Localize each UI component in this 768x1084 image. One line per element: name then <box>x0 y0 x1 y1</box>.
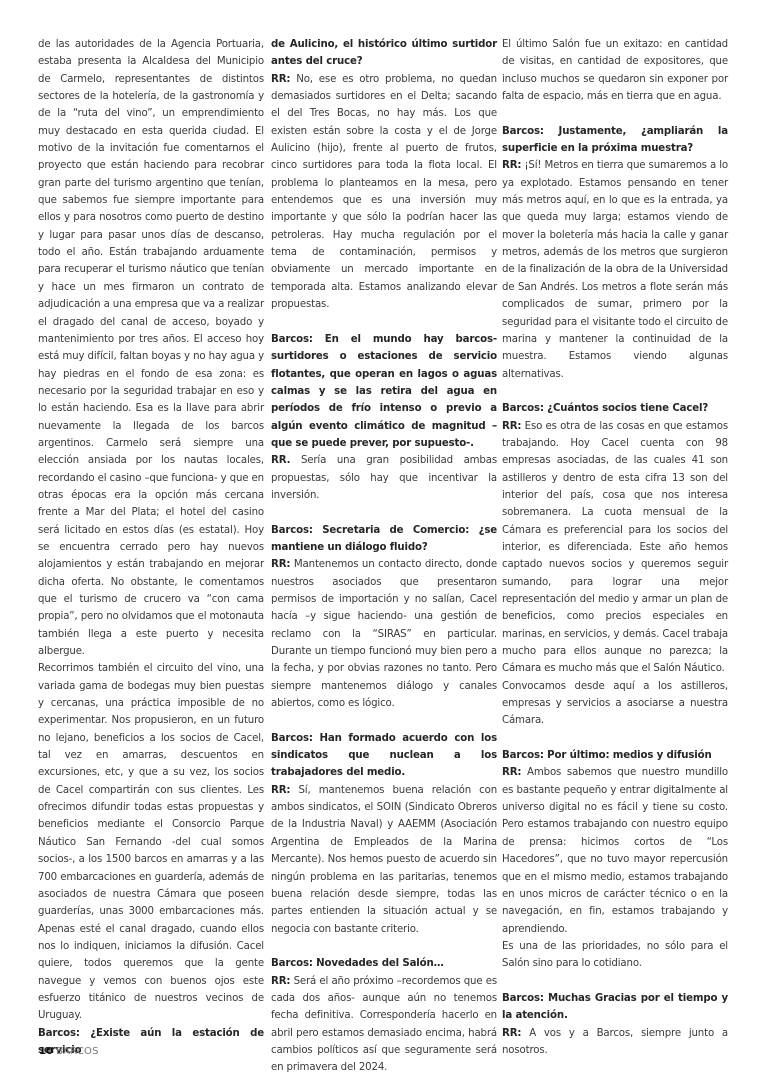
spacer <box>502 730 728 747</box>
answer-text: Sería una gran posibilidad ambas propues… <box>271 455 497 501</box>
answer-label: RR: <box>271 559 290 570</box>
spacer <box>502 383 728 400</box>
answer-label: RR: <box>271 976 290 987</box>
spacer <box>502 105 728 122</box>
answer-label: RR: <box>271 74 290 85</box>
paragraph: Es una de las prioridades, no sólo para … <box>502 938 728 973</box>
answer-label: RR: <box>502 767 521 778</box>
answer-paragraph: RR: Ambos sabemos que nuestro mundillo e… <box>502 764 728 937</box>
answer-paragraph: RR: A vos y a Barcos, siempre junto a no… <box>502 1025 728 1060</box>
answer-text: A vos y a Barcos, siempre junto a nosotr… <box>502 1028 728 1056</box>
answer-text: ¡Sí! Metros en tierra que sumaremos a lo… <box>502 160 728 379</box>
answer-paragraph: RR: ¡Sí! Metros en tierra que sumaremos … <box>502 157 728 382</box>
answer-paragraph: RR: Mantenemos un contacto directo, dond… <box>271 556 497 712</box>
spacer <box>502 973 728 990</box>
answer-text: Sí, mantenemos buena relación con ambos … <box>271 785 497 935</box>
answer-label: RR. <box>271 455 290 466</box>
question-heading: de Aulicino, el histórico último surtido… <box>271 36 497 71</box>
question-heading: Barcos: Han formado acuerdo con los sind… <box>271 730 497 782</box>
answer-label: RR: <box>502 1028 521 1039</box>
answer-paragraph: RR: Sí, mantenemos buena relación con am… <box>271 782 497 938</box>
magazine-page: de las autoridades de la Agencia Portuar… <box>0 0 768 1084</box>
question-heading: Barcos: ¿Cuántos socios tiene Cacel? <box>502 400 728 417</box>
article-column-2: de Aulicino, el histórico último surtido… <box>271 36 497 1077</box>
page-footer: 10 BARCOS <box>39 1046 99 1057</box>
question-heading: Barcos: En el mundo hay barcos-surtidore… <box>271 331 497 452</box>
paragraph: El último Salón fue un exitazo: en canti… <box>502 36 728 105</box>
question-heading: Barcos: Muchas Gracias por el tiempo y l… <box>502 990 728 1025</box>
question-heading: Barcos: Novedades del Salón… <box>271 955 497 972</box>
answer-text: Será el año próximo –recordemos que es c… <box>271 976 497 1074</box>
spacer <box>271 504 497 521</box>
answer-text: Ambos sabemos que nuestro mundillo es ba… <box>502 767 728 934</box>
magazine-name: BARCOS <box>56 1046 99 1057</box>
answer-paragraph: RR: No, ese es otro problema, no quedan … <box>271 71 497 314</box>
answer-paragraph: RR: Eso es otra de las cosas en que esta… <box>502 418 728 678</box>
answer-label: RR: <box>502 160 521 171</box>
answer-text: No, ese es otro problema, no quedan dema… <box>271 74 497 310</box>
answer-text: Mantenemos un contacto directo, donde nu… <box>271 559 497 709</box>
answer-paragraph: RR: Será el año próximo –recordemos que … <box>271 973 497 1077</box>
article-column-3: El último Salón fue un exitazo: en canti… <box>502 36 728 1059</box>
paragraph: Recorrimos también el circuito del vino,… <box>38 660 264 1024</box>
article-column-1: de las autoridades de la Agencia Portuar… <box>38 36 264 1059</box>
answer-label: RR: <box>502 421 521 432</box>
question-heading: Barcos: Justamente, ¿ampliarán la superf… <box>502 123 728 158</box>
spacer <box>271 314 497 331</box>
question-heading: Barcos: Secretaria de Comercio: ¿se mant… <box>271 522 497 557</box>
question-heading: Barcos: Por último: medios y difusión <box>502 747 728 764</box>
spacer <box>271 938 497 955</box>
answer-label: RR: <box>271 785 290 796</box>
paragraph: de las autoridades de la Agencia Portuar… <box>38 36 264 660</box>
answer-paragraph: RR. Sería una gran posibilidad ambas pro… <box>271 452 497 504</box>
page-number: 10 <box>39 1046 53 1057</box>
answer-text: Eso es otra de las cosas en que estamos … <box>502 421 728 675</box>
paragraph: Convocamos desde aquí a los astilleros, … <box>502 678 728 730</box>
spacer <box>271 712 497 729</box>
